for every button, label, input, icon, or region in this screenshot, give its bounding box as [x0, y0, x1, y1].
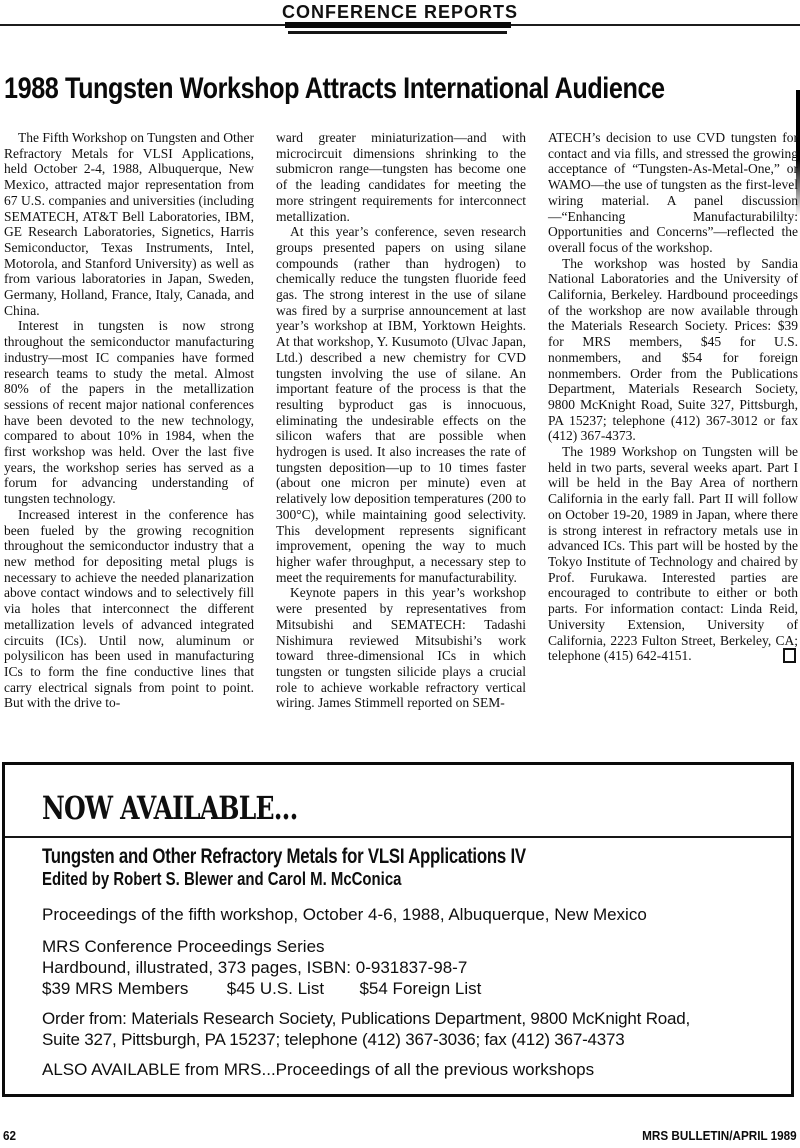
header-center-bar — [285, 22, 511, 28]
ad-price-foreign-list: $54 Foreign List — [359, 979, 481, 998]
paragraph: ward greater miniaturization—and with mi… — [276, 130, 526, 224]
paragraph: ATECH’s decision to use CVD tungsten for… — [548, 130, 798, 256]
article-column-2: ward greater miniaturization—and with mi… — [276, 130, 526, 762]
footer-journal-date: MRS BULLETIN/APRIL 1989 — [642, 1128, 797, 1143]
paragraph: The 1989 Workshop on Tungsten will be he… — [548, 444, 798, 664]
ad-series: MRS Conference Proceedings Series — [42, 937, 325, 957]
article-body: The Fifth Workshop on Tungsten and Other… — [4, 130, 798, 762]
paragraph: Keynote papers in this year’s workshop w… — [276, 585, 526, 711]
paragraph: The workshop was hosted by Sandia Nation… — [548, 256, 798, 444]
ad-book-title: Tungsten and Other Refractory Metals for… — [42, 845, 526, 869]
section-header: CONFERENCE REPORTS — [0, 2, 800, 23]
paragraph-text: The 1989 Workshop on Tungsten will be he… — [548, 444, 798, 663]
article-column-3: ATECH’s decision to use CVD tungsten for… — [548, 130, 798, 762]
ad-editors: Edited by Robert S. Blewer and Carol M. … — [42, 869, 401, 890]
paragraph: The Fifth Workshop on Tungsten and Other… — [4, 130, 254, 318]
article-column-1: The Fifth Workshop on Tungsten and Other… — [4, 130, 254, 762]
ad-prices: $39 MRS Members $45 U.S. List $54 Foreig… — [42, 979, 481, 999]
footer-page-number: 62 — [3, 1128, 16, 1143]
paragraph: Increased interest in the conference has… — [4, 507, 254, 711]
magazine-page: CONFERENCE REPORTS 1988 Tungsten Worksho… — [0, 0, 800, 1148]
end-of-article-icon — [783, 648, 796, 663]
ad-order-line-2: Suite 327, Pittsburgh, PA 15237; telepho… — [42, 1030, 625, 1050]
article-title: 1988 Tungsten Workshop Attracts Internat… — [4, 72, 665, 106]
ad-subtitle: Proceedings of the fifth workshop, Octob… — [42, 905, 647, 925]
ad-also-available: ALSO AVAILABLE from MRS...Proceedings of… — [42, 1060, 594, 1080]
ad-order-line-1: Order from: Materials Research Society, … — [42, 1009, 690, 1029]
header-center-underbar — [288, 31, 507, 34]
book-ad-box: NOW AVAILABLE... Tungsten and Other Refr… — [2, 762, 794, 1097]
ad-price-members: $39 MRS Members — [42, 979, 222, 999]
paragraph: At this year’s conference, seven researc… — [276, 224, 526, 585]
ad-headline-rule — [5, 836, 791, 838]
ad-details: Hardbound, illustrated, 373 pages, ISBN:… — [42, 958, 467, 978]
paragraph: Interest in tungsten is now strong throu… — [4, 318, 254, 506]
ad-price-us-list: $45 U.S. List — [227, 979, 355, 999]
ad-headline: NOW AVAILABLE... — [42, 789, 297, 827]
